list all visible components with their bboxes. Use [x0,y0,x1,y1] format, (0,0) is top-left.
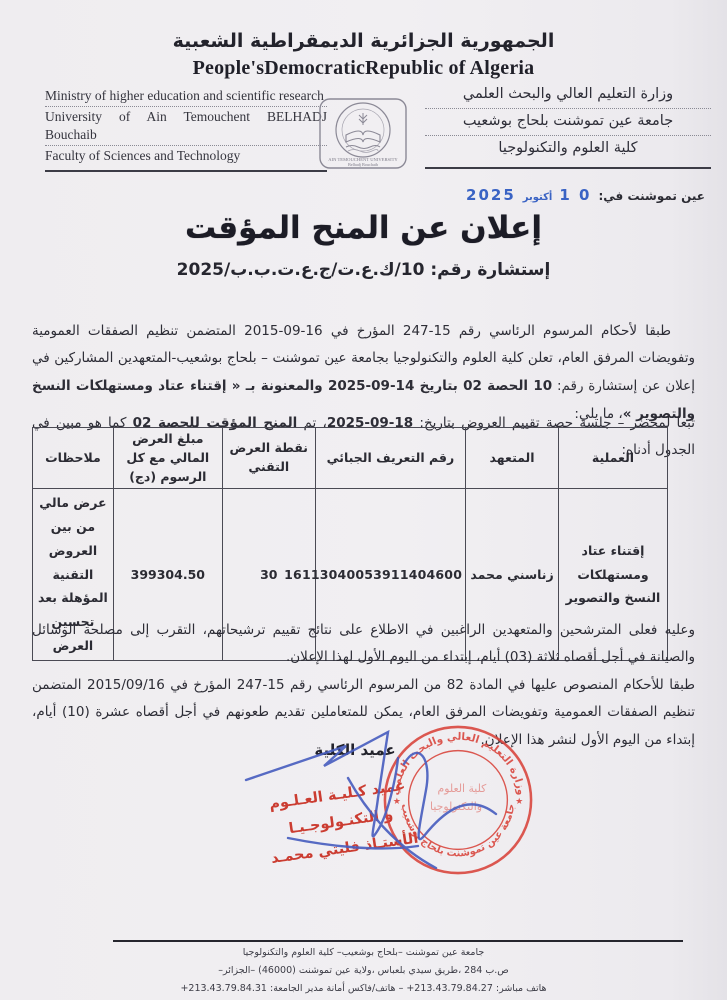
university-line-en: University of Ain Temouchent BELHADJ Bou… [45,107,327,146]
header-tax-id: رقم التعريف الجبائي [315,428,465,489]
date-stamp-month: أكتوبر [523,192,553,203]
footer-contact-block: جامعة عين تموشنت –بلحاج بوشعيب– كلية الع… [60,944,667,998]
header-notes: ملاحظات [33,428,114,489]
header-contractor: المتعهد [466,428,559,489]
logo-caption-bottom: Belhadj Bouchaib [348,162,378,167]
ministry-line-en: Ministry of higher education and scienti… [45,86,327,107]
table-header-row: العملية المتعهد رقم التعريف الجبائي نقطة… [33,428,668,489]
institution-block-arabic: وزارة التعليم العالي والبحث العلمي جامعة… [425,82,711,169]
open-book-icon [346,131,380,142]
scanned-document-page: { "header": { "country_title_ar": "الجمه… [0,0,727,1000]
university-logo-graphic: AIN TEMOUCHENT UNIVERSITY Belhadj Boucha… [318,97,408,170]
institution-block-english: Ministry of higher education and scienti… [45,86,327,172]
header-financial-amount: مبلغ العرض المالي مع كل الرسوم (دج) [113,428,222,489]
date-stamp-day: 0 1 [559,186,591,204]
faculty-line-en: Faculty of Sciences and Technology [45,146,327,166]
footer-divider [113,940,683,942]
university-line-ar: جامعة عين تموشنت بلحاج بوشعيب [425,109,711,136]
ministry-line-ar: وزارة التعليم العالي والبحث العلمي [425,82,711,109]
footer-line-phones: هاتف مباشر: ‎+213.43.79.84.27‎ – هاتف/فا… [60,980,667,998]
header-operation: العملية [558,428,667,489]
announcement-title: إعلان عن المنح المؤقت [0,210,727,246]
date-stamp-year: 2025 [466,186,516,204]
footer-line-institution: جامعة عين تموشنت –بلحاج بوشعيب– كلية الع… [60,944,667,962]
wheat-icon [359,113,367,125]
consultation-reference: إستشارة رقم: 10/ك.ع.ت/ج.ع.ت.ب.ب/2025 [0,260,727,280]
faculty-line-ar: كلية العلوم والتكنولوجيا [425,136,711,162]
handwritten-signature [228,718,538,898]
footer-line-address: ص.ب 284 ،طريق سيدي بلعباس ،ولاية عين تمو… [60,962,667,980]
header-technical-score: نقطة العرض التقني [222,428,315,489]
paragraph-consultation-results: وعليه فعلى المترشحين والمتعهدين الراغبين… [32,617,695,672]
country-title-english: People'sDemocraticRepublic of Algeria [0,57,727,80]
country-title-arabic: الجمهورية الجزائرية الديمقراطية الشعبية [0,30,727,52]
date-label: عين تموشنت في: [598,189,705,203]
university-logo: AIN TEMOUCHENT UNIVERSITY Belhadj Boucha… [318,97,408,170]
place-date-line: عين تموشنت في: 0 1 أكتوبر 2025 [465,186,705,204]
